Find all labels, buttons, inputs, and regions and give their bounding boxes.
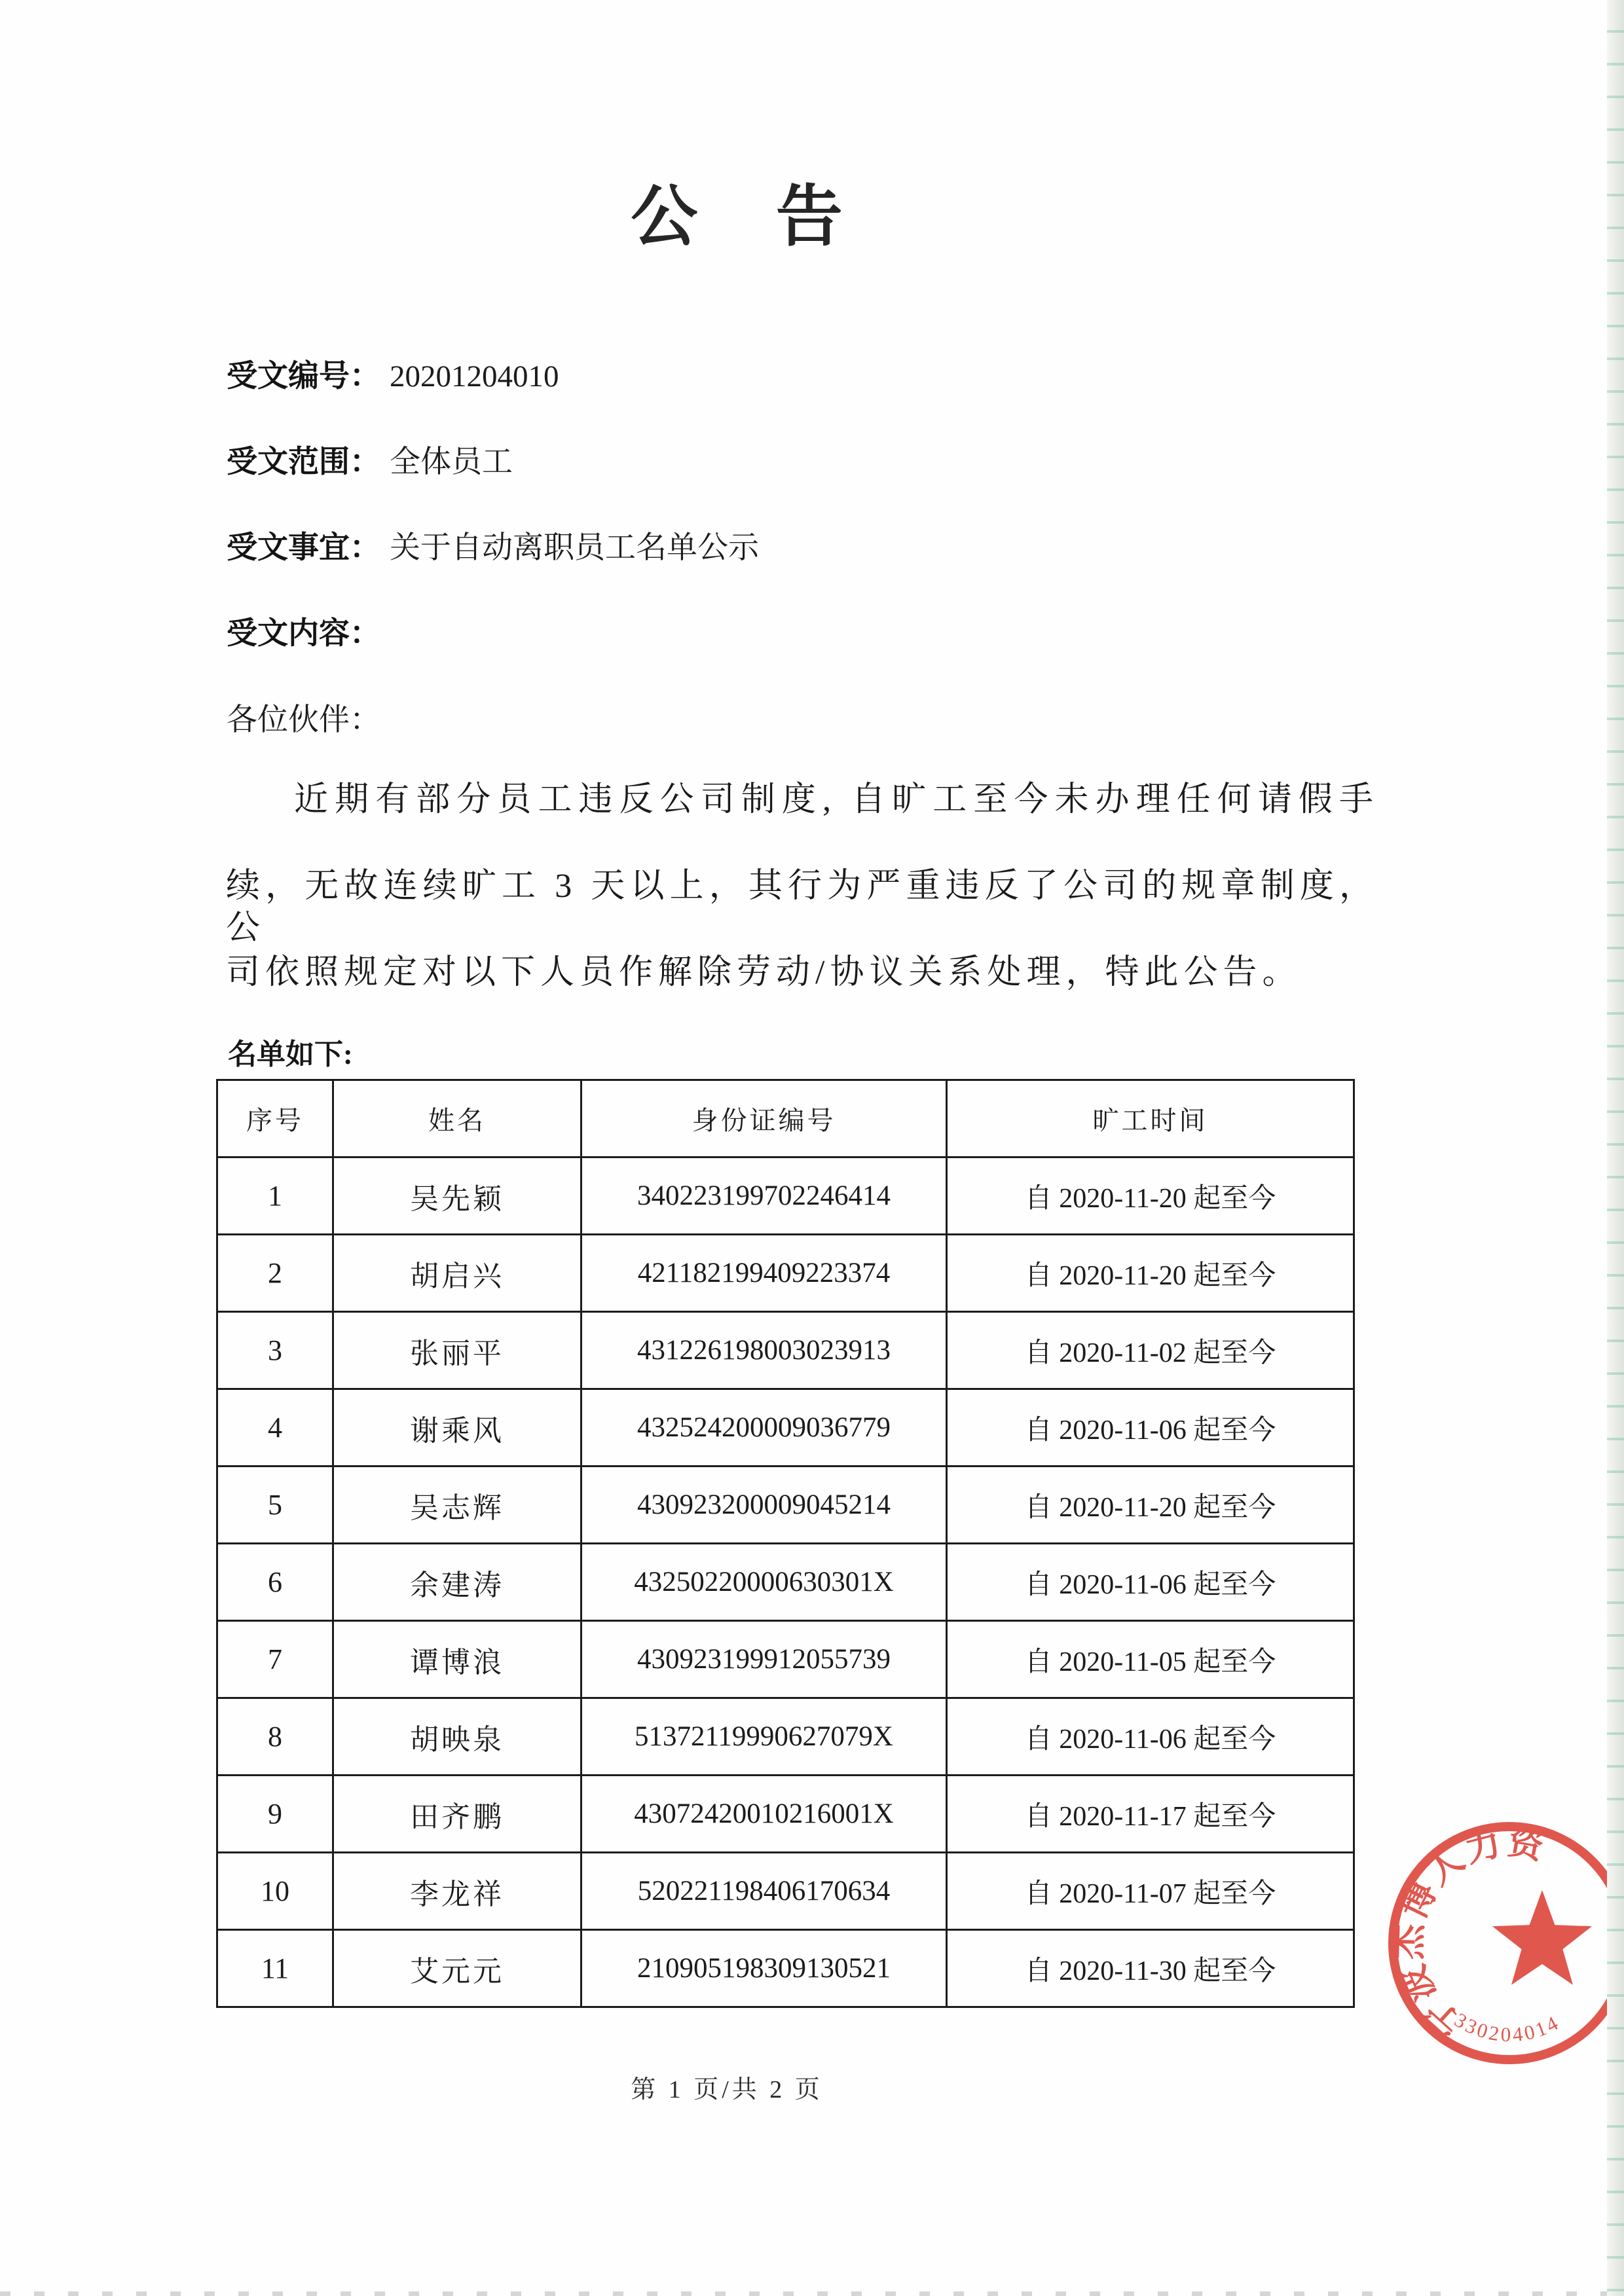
field-doc-number-label: 受文编号： (227, 359, 380, 393)
cell-absence-period: 自 2020-11-05 起至今 (947, 1621, 1354, 1698)
dismissal-table: 序号 姓名 身份证编号 旷工时间 1吴先颖340223199702246414自… (216, 1079, 1355, 2008)
cell-index: 4 (217, 1389, 333, 1467)
table-row: 11艾元元210905198309130521自 2020-11-30 起至今 (217, 1930, 1354, 2007)
cell-name: 谭博浪 (333, 1621, 581, 1698)
table-row: 2胡启兴421182199409223374自 2020-11-20 起至今 (217, 1235, 1354, 1312)
cell-name: 吴志辉 (333, 1467, 581, 1544)
cell-absence-period: 自 2020-11-02 起至今 (947, 1312, 1354, 1389)
cell-absence-period: 自 2020-11-17 起至今 (947, 1776, 1354, 1853)
cell-index: 9 (217, 1776, 333, 1853)
cell-absence-period: 自 2020-11-07 起至今 (947, 1853, 1354, 1930)
field-scope-label: 受文范围： (227, 445, 380, 479)
cell-id-number: 51372119990627079X (581, 1698, 947, 1776)
cell-name: 李龙祥 (333, 1853, 581, 1930)
seal-star-icon (1492, 1890, 1592, 1985)
cell-index: 2 (217, 1235, 333, 1312)
cell-absence-period: 自 2020-11-20 起至今 (947, 1467, 1354, 1544)
next-page-peek (0, 2291, 1624, 2296)
cell-id-number: 340223199702246414 (581, 1157, 947, 1235)
seal-serial-number: 330204014 (1450, 2008, 1564, 2046)
field-subject: 受文事宜：关于自动离职员工名单公示 (227, 528, 1379, 614)
col-header-period: 旷工时间 (947, 1080, 1354, 1157)
table-row: 8胡映泉51372119990627079X自 2020-11-06 起至今 (217, 1698, 1354, 1776)
table-row: 3张丽平431226198003023913自 2020-11-02 起至今 (217, 1312, 1354, 1389)
field-subject-value: 关于自动离职员工名单公示 (390, 531, 759, 565)
cell-absence-period: 自 2020-11-30 起至今 (947, 1930, 1354, 2007)
field-content-label: 受文内容： (227, 617, 380, 651)
field-scope: 受文范围：全体员工 (227, 443, 1379, 528)
scanned-notice-page: 公 告 受文编号：20201204010 受文范围：全体员工 受文事宜：关于自动… (0, 0, 1624, 2296)
cell-name: 胡启兴 (333, 1235, 581, 1312)
salutation: 各位伙伴： (227, 695, 380, 739)
cell-name: 艾元元 (333, 1930, 581, 2007)
col-header-name: 姓名 (333, 1080, 581, 1157)
cell-index: 7 (217, 1621, 333, 1698)
cell-id-number: 432524200009036779 (581, 1389, 947, 1467)
cell-name: 张丽平 (333, 1312, 581, 1389)
table-row: 4谢乘风432524200009036779自 2020-11-06 起至今 (217, 1389, 1354, 1467)
table-row: 7谭博浪430923199912055739自 2020-11-05 起至今 (217, 1621, 1354, 1698)
page-number: 第 1 页/共 2 页 (0, 2069, 1454, 2105)
field-scope-value: 全体员工 (390, 445, 513, 479)
body-line-2: 续，无故连续旷工 3 天以上，其行为严重违反了公司的规章制度，公 (226, 866, 1378, 907)
col-header-id: 身份证编号 (581, 1080, 947, 1157)
cell-absence-period: 自 2020-11-06 起至今 (947, 1389, 1354, 1467)
cell-name: 余建涛 (333, 1544, 581, 1621)
list-intro: 名单如下: (228, 1030, 353, 1072)
red-company-seal: 宁波杰博人力资 330204014 (1365, 1799, 1624, 2087)
cell-name: 谢乘风 (333, 1389, 581, 1467)
cell-id-number: 430923200009045214 (581, 1467, 947, 1544)
cell-id-number: 43250220000630301X (581, 1544, 947, 1621)
cell-name: 胡映泉 (333, 1698, 581, 1776)
cell-id-number: 430923199912055739 (581, 1621, 947, 1698)
field-doc-number: 受文编号：20201204010 (227, 357, 1379, 443)
cell-absence-period: 自 2020-11-06 起至今 (947, 1544, 1354, 1621)
svg-text:330204014: 330204014 (1450, 2008, 1564, 2046)
cell-index: 8 (217, 1698, 333, 1776)
field-subject-label: 受文事宜： (227, 531, 380, 565)
cell-id-number: 210905198309130521 (581, 1930, 947, 2007)
table-row: 6余建涛43250220000630301X自 2020-11-06 起至今 (217, 1544, 1354, 1621)
table-row: 9田齐鹏43072420010216001X自 2020-11-17 起至今 (217, 1776, 1354, 1853)
col-header-index: 序号 (217, 1080, 333, 1157)
cell-name: 吴先颖 (333, 1157, 581, 1235)
cell-id-number: 431226198003023913 (581, 1312, 947, 1389)
table-row: 5吴志辉430923200009045214自 2020-11-20 起至今 (217, 1467, 1354, 1544)
field-doc-number-value: 20201204010 (390, 359, 559, 393)
cell-index: 11 (217, 1930, 333, 2007)
body-line-1: 近期有部分员工违反公司制度, 自旷工至今未办理任何请假手 (226, 779, 1378, 821)
cell-absence-period: 自 2020-11-20 起至今 (947, 1235, 1354, 1312)
cell-index: 5 (217, 1467, 333, 1544)
notice-table-body: 1吴先颖340223199702246414自 2020-11-20 起至今2胡… (217, 1157, 1354, 2007)
table-row: 10李龙祥520221198406170634自 2020-11-07 起至今 (217, 1853, 1354, 1930)
header-fields: 受文编号：20201204010 受文范围：全体员工 受文事宜：关于自动离职员工… (227, 357, 1379, 700)
cell-index: 3 (217, 1312, 333, 1389)
cell-id-number: 520221198406170634 (581, 1853, 947, 1930)
cell-absence-period: 自 2020-11-06 起至今 (947, 1698, 1354, 1776)
page-title: 公 告 (0, 164, 1493, 259)
cell-id-number: 43072420010216001X (581, 1776, 947, 1853)
cell-absence-period: 自 2020-11-20 起至今 (947, 1157, 1354, 1235)
cell-index: 1 (217, 1157, 333, 1235)
adjacent-page-edge (1607, 0, 1624, 2296)
field-content: 受文内容： (227, 614, 1379, 700)
cell-id-number: 421182199409223374 (581, 1235, 947, 1312)
body-line-3: 司依照规定对以下人员作解除劳动/协议关系处理，特此公告。 (226, 952, 1378, 994)
table-header-row: 序号 姓名 身份证编号 旷工时间 (217, 1080, 1354, 1157)
table-row: 1吴先颖340223199702246414自 2020-11-20 起至今 (217, 1157, 1354, 1235)
cell-index: 10 (217, 1853, 333, 1930)
cell-index: 6 (217, 1544, 333, 1621)
cell-name: 田齐鹏 (333, 1776, 581, 1853)
